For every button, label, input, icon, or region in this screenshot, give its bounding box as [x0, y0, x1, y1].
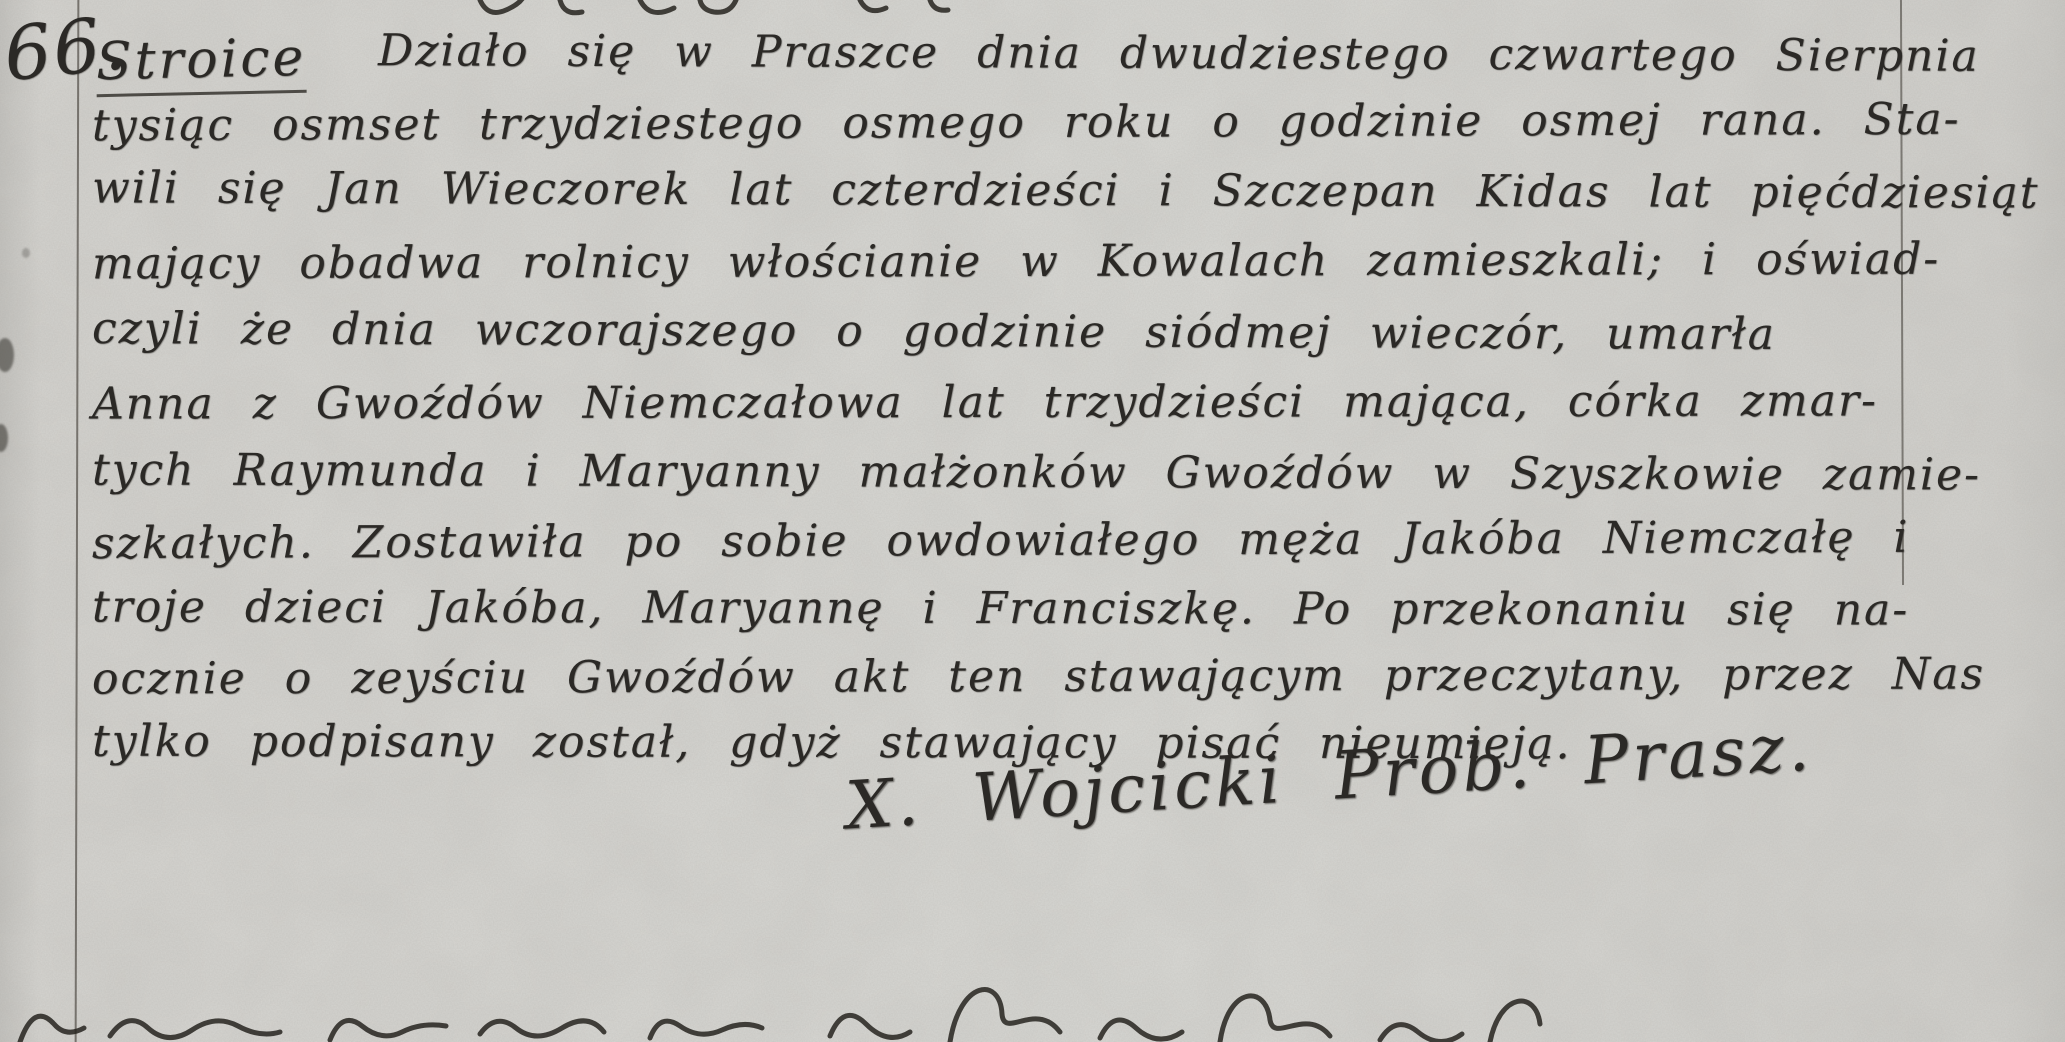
- record-line: czyli że dnia wczorajszego o godzinie si…: [92, 303, 1776, 360]
- document-scan-page: 66. Stroice Działo się w Praszce dnia dw…: [0, 0, 2065, 1042]
- record-place-name: Stroice: [95, 28, 307, 97]
- ink-smudge: [22, 248, 30, 258]
- record-line: szkałych. Zostawiła po sobie owdowiałego…: [92, 512, 1910, 569]
- record-line: Działo się w Praszce dnia dwudziestego c…: [378, 25, 1980, 82]
- record-line: Anna z Gwoźdów Niemczałowa lat trzydzieś…: [92, 375, 1878, 429]
- left-margin-rule: [75, 0, 80, 1042]
- record-line: tych Raymunda i Maryanny małżonków Gwoźd…: [92, 445, 1981, 501]
- record-line: troje dzieci Jakóba, Maryannę i Francisz…: [92, 581, 1909, 635]
- record-line: tysiąc osmset trzydziestego osmego roku …: [92, 94, 1961, 152]
- ink-smudge: [0, 338, 14, 372]
- cut-off-strokes-top: [0, 0, 2065, 30]
- record-line: mający obadwa rolnicy włościanie w Kowal…: [92, 234, 1940, 290]
- ink-smudge: [0, 424, 8, 452]
- record-line: wili się Jan Wieczorek lat czterdzieści …: [92, 162, 2040, 218]
- cut-off-strokes-bottom: [0, 940, 2065, 1042]
- record-line: ocznie o zeyściu Gwoźdów akt ten stawają…: [92, 649, 1985, 705]
